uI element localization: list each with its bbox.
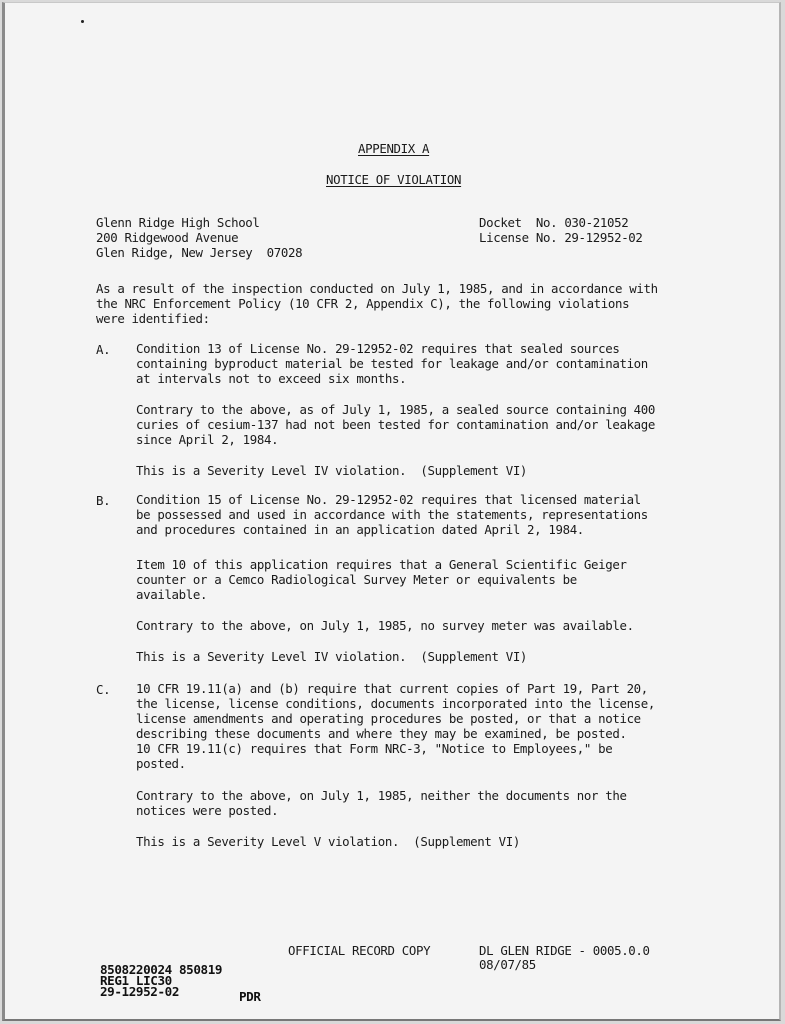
document-page: APPENDIX A NOTICE OF VIOLATION Glenn Rid… bbox=[2, 2, 781, 1021]
requirement-line: describing these documents and where the… bbox=[136, 727, 627, 742]
finding-line: Contrary to the above, on July 1, 1985, … bbox=[136, 619, 634, 634]
requirement-line: 10 CFR 19.11(c) requires that Form NRC-3… bbox=[136, 742, 612, 757]
intro-line: were identified: bbox=[96, 312, 210, 327]
detail-line: Item 10 of this application requires tha… bbox=[136, 558, 627, 573]
appendix-heading: APPENDIX A bbox=[358, 141, 429, 156]
finding-line: notices were posted. bbox=[136, 804, 278, 819]
footer-date: 08/07/85 bbox=[479, 958, 536, 973]
requirement-line: Condition 15 of License No. 29-12952-02 … bbox=[136, 493, 641, 508]
docket-number: Docket No. 030-21052 bbox=[479, 216, 628, 231]
severity-statement: This is a Severity Level IV violation. (… bbox=[136, 464, 527, 479]
addressee-line: Glenn Ridge High School bbox=[96, 216, 260, 231]
scan-speck bbox=[81, 20, 84, 23]
intro-line: As a result of the inspection conducted … bbox=[96, 282, 658, 297]
addressee-line: Glen Ridge, New Jersey 07028 bbox=[96, 246, 302, 261]
severity-statement: This is a Severity Level IV violation. (… bbox=[136, 650, 527, 665]
requirement-line: posted. bbox=[136, 757, 186, 772]
requirement-line: containing byproduct material be tested … bbox=[136, 357, 648, 372]
requirement-line: license amendments and operating procedu… bbox=[136, 712, 641, 727]
stamp-line: 29-12952-02 bbox=[100, 986, 179, 997]
requirement-line: Condition 13 of License No. 29-12952-02 … bbox=[136, 342, 619, 357]
requirement-line: 10 CFR 19.11(a) and (b) require that cur… bbox=[136, 682, 648, 697]
notice-title: NOTICE OF VIOLATION bbox=[326, 172, 461, 187]
requirement-line: and procedures contained in an applicati… bbox=[136, 523, 584, 538]
intro-line: the NRC Enforcement Policy (10 CFR 2, Ap… bbox=[96, 297, 629, 312]
detail-line: counter or a Cemco Radiological Survey M… bbox=[136, 573, 577, 588]
finding-line: curies of cesium-137 had not been tested… bbox=[136, 418, 655, 433]
license-number: License No. 29-12952-02 bbox=[479, 231, 643, 246]
requirement-line: be possessed and used in accordance with… bbox=[136, 508, 648, 523]
requirement-line: the license, license conditions, documen… bbox=[136, 697, 655, 712]
violation-letter: C. bbox=[96, 682, 110, 697]
detail-line: available. bbox=[136, 588, 207, 603]
addressee-line: 200 Ridgewood Avenue bbox=[96, 231, 238, 246]
requirement-line: at intervals not to exceed six months. bbox=[136, 372, 406, 387]
official-record-label: OFFICIAL RECORD COPY bbox=[288, 944, 430, 959]
severity-statement: This is a Severity Level V violation. (S… bbox=[136, 835, 520, 850]
stamp-pdr: PDR bbox=[239, 991, 261, 1002]
violation-letter: B. bbox=[96, 493, 110, 508]
finding-line: Contrary to the above, on July 1, 1985, … bbox=[136, 789, 627, 804]
finding-line: Contrary to the above, as of July 1, 198… bbox=[136, 403, 655, 418]
violation-letter: A. bbox=[96, 342, 110, 357]
finding-line: since April 2, 1984. bbox=[136, 433, 278, 448]
